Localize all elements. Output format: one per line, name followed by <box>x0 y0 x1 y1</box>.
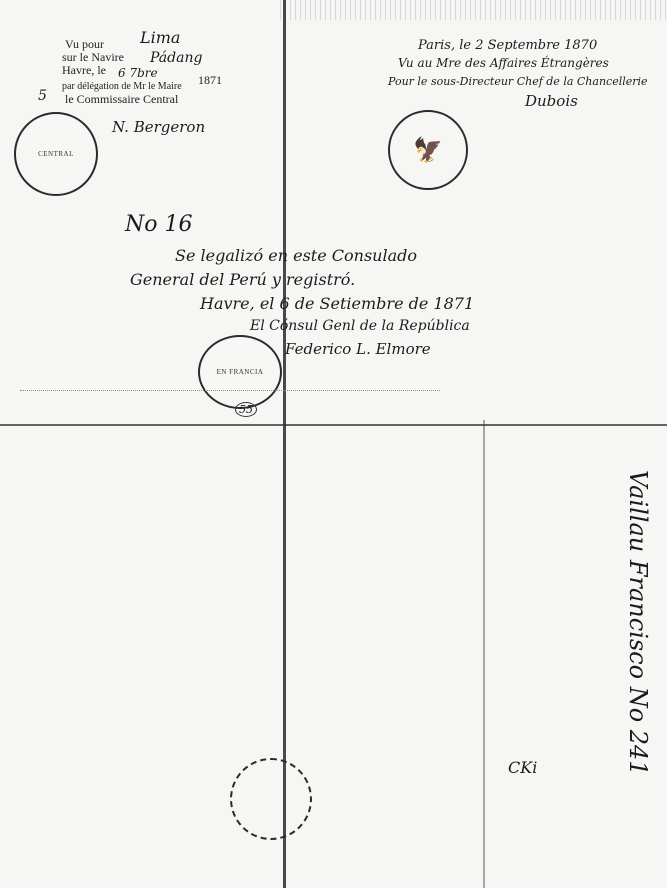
fee-mark: 55 <box>235 402 257 417</box>
stamp-line-havre: Havre, le <box>62 64 106 77</box>
margin-mark: 5 <box>38 88 47 104</box>
horizontal-fold-line <box>0 424 667 426</box>
legalization-line-1: Se legalizó en este Consulado <box>175 246 417 265</box>
ministry-seal: 🦅 <box>388 110 468 190</box>
peru-seal-bottom: EN FRANCIA <box>217 368 264 376</box>
handwritten-date: 6 7bre <box>118 66 158 80</box>
peru-consulate-seal: EN FRANCIA <box>198 335 282 409</box>
secondary-fold-line <box>483 420 485 888</box>
ministry-line: Vu au Mre des Affaires Étrangères <box>398 56 609 70</box>
commissaire-signature: N. Bergeron <box>112 118 205 136</box>
handwritten-ship: Pádang <box>150 50 202 66</box>
stamp-year: 1871 <box>198 74 222 87</box>
legalization-line-2: General del Perú y registró. <box>130 270 355 289</box>
paris-date-line: Paris, le 2 Septembre 1870 <box>418 38 597 53</box>
eagle-icon: 🦅 <box>413 136 443 165</box>
consul-signature: Federico L. Elmore <box>285 340 431 358</box>
faded-circular-stamp <box>230 758 312 840</box>
document-page: Vu pour sur le Navire Havre, le par délé… <box>0 0 667 888</box>
ministry-signature: Dubois <box>525 92 578 110</box>
chancellery-line: Pour le sous-Directeur Chef de la Chance… <box>388 75 648 88</box>
police-seal-inner: CENTRAL <box>38 150 74 158</box>
stamp-line-commissaire: le Commissaire Central <box>65 93 178 106</box>
faded-line <box>20 390 440 391</box>
police-seal: CENTRAL <box>14 112 98 196</box>
entry-number: No 16 <box>125 212 192 237</box>
handwritten-destination: Lima <box>140 28 180 47</box>
scan-noise <box>280 0 667 20</box>
vertical-name-annotation: Vaillau Francisco No 241 <box>624 470 652 776</box>
legalization-date: Havre, el 6 de Setiembre de 1871 <box>200 294 474 313</box>
vertical-fold-line <box>283 0 286 888</box>
consul-title: El Cónsul Genl de la República <box>250 318 470 334</box>
bottom-mark: CKi <box>508 758 537 777</box>
